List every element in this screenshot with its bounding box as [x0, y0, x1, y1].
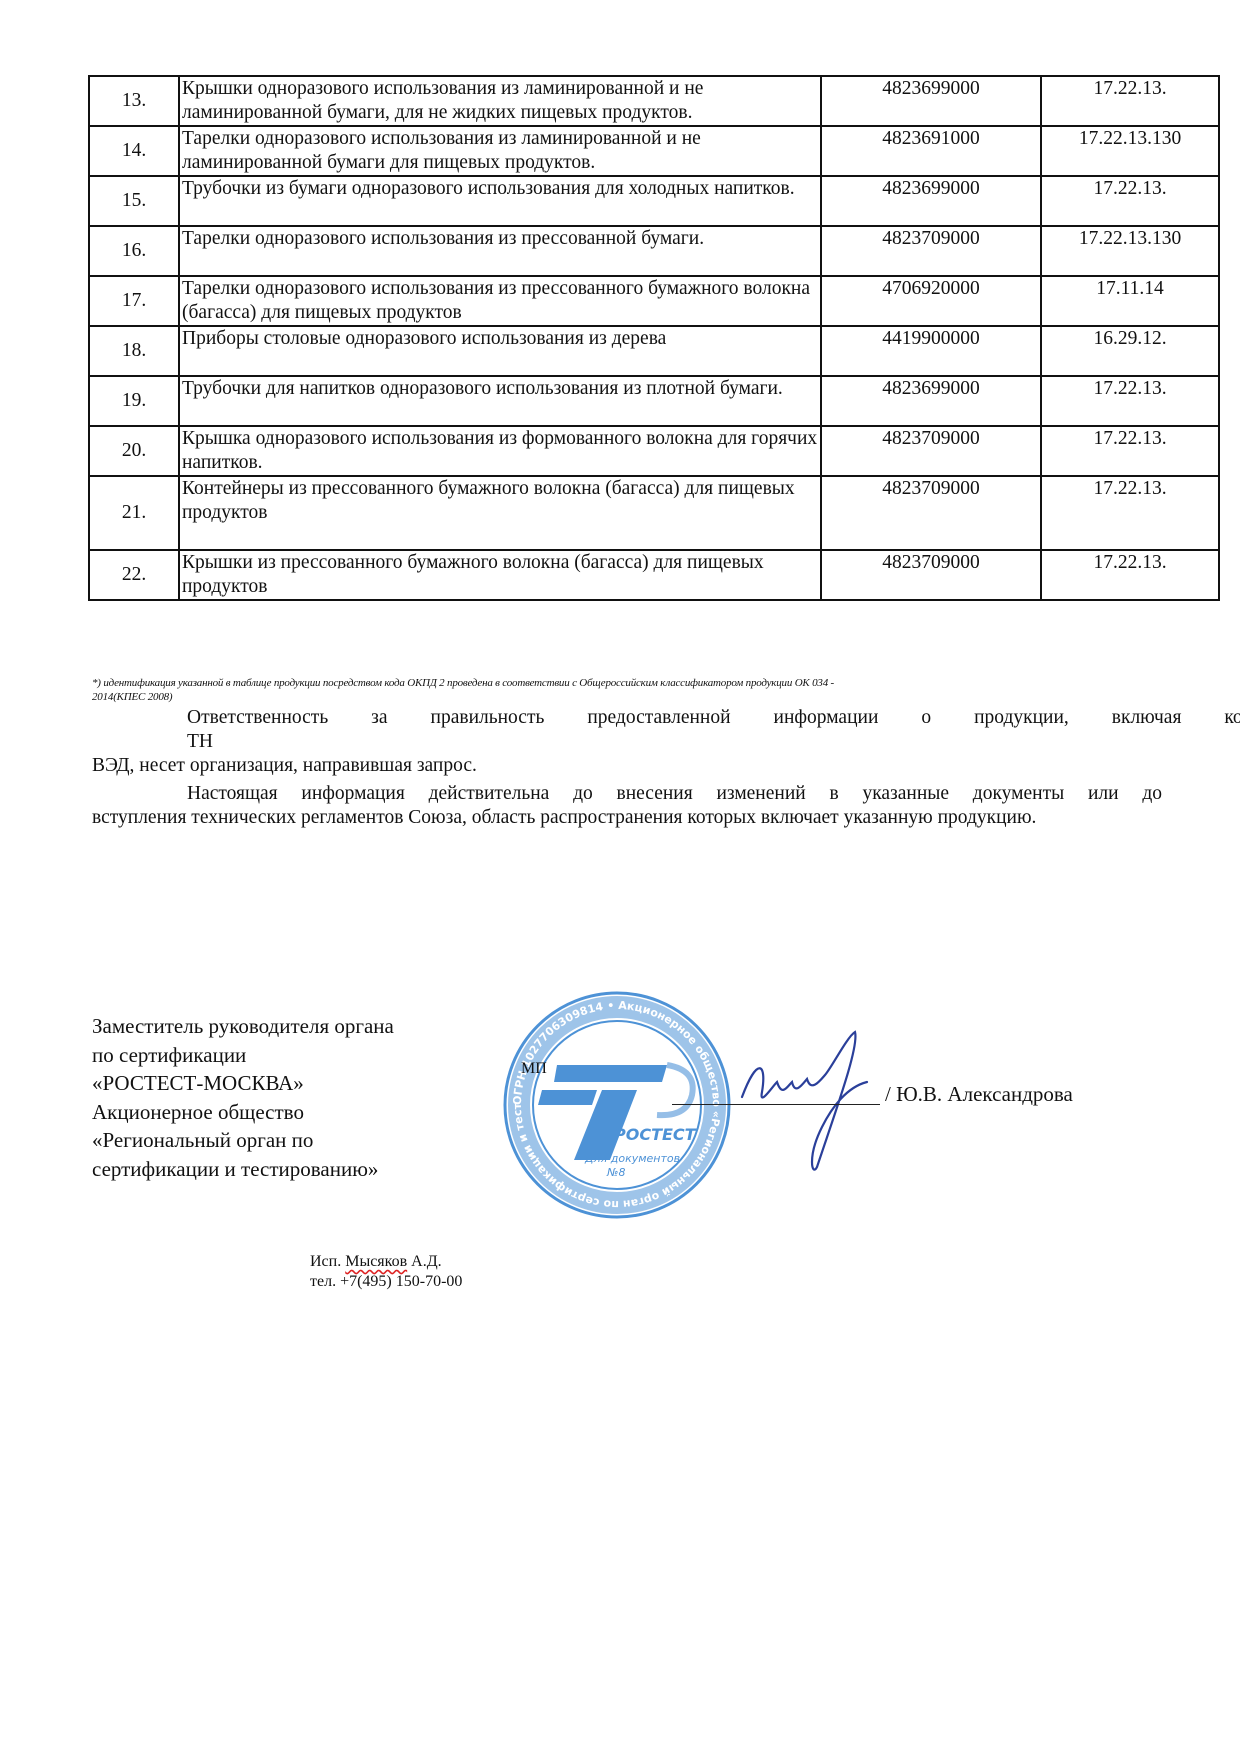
executor-surname: Мысяков [345, 1253, 407, 1270]
handwritten-signature-icon [737, 1027, 877, 1177]
row-number: 22. [89, 550, 179, 600]
signature-line [672, 1104, 880, 1105]
p1-line-2: ТН [92, 730, 1162, 754]
executor-prefix: Исп. [310, 1253, 341, 1270]
row-number: 21. [89, 476, 179, 550]
table-row: 20.Крышка одноразового использования из … [89, 426, 1219, 476]
tn-ved-code: 4823709000 [821, 476, 1041, 550]
tn-ved-code: 4419900000 [821, 326, 1041, 376]
product-name: Тарелки одноразового использования из пр… [179, 276, 821, 326]
signer-line: по сертификации [92, 1041, 394, 1070]
product-name: Тарелки одноразового использования из пр… [179, 226, 821, 276]
signer-line: Заместитель руководителя органа [92, 1012, 394, 1041]
table-row: 17.Тарелки одноразового использования из… [89, 276, 1219, 326]
executor-initials: А.Д. [411, 1253, 441, 1270]
table-row: 15.Трубочки из бумаги одноразового испол… [89, 176, 1219, 226]
executor-line: Исп. Мысяков А.Д. [310, 1252, 462, 1272]
okpd2-code: 17.22.13. [1041, 426, 1219, 476]
p1-line-1: Ответственность за правильность предоста… [92, 706, 1240, 730]
table-row: 18.Приборы столовые одноразового использ… [89, 326, 1219, 376]
row-number: 16. [89, 226, 179, 276]
signer-line: сертификации и тестированию» [92, 1155, 394, 1184]
tn-ved-code: 4823699000 [821, 376, 1041, 426]
signer-line: Акционерное общество [92, 1098, 394, 1127]
signer-block: Заместитель руководителя органа по серти… [92, 1012, 394, 1184]
footnote-line-2: 2014(КПЕС 2008) [92, 690, 1092, 704]
signer-name: / Ю.В. Александрова [885, 1082, 1073, 1107]
table-row: 21.Контейнеры из прессованного бумажного… [89, 476, 1219, 550]
tn-ved-code: 4823709000 [821, 426, 1041, 476]
row-number: 19. [89, 376, 179, 426]
okpd2-code: 16.29.12. [1041, 326, 1219, 376]
okpd2-code: 17.22.13.130 [1041, 226, 1219, 276]
table-row: 22.Крышки из прессованного бумажного вол… [89, 550, 1219, 600]
product-name: Приборы столовые одноразового использова… [179, 326, 821, 376]
rostest-stamp-icon: ОГРН 1027706309814 • Акционерное обществ… [502, 990, 732, 1220]
stamp-place-label: МП [521, 1060, 547, 1078]
row-number: 20. [89, 426, 179, 476]
product-name: Крышка одноразового использования из фор… [179, 426, 821, 476]
tn-ved-code: 4823699000 [821, 76, 1041, 126]
footnote: *) идентификация указанной в таблице про… [92, 676, 1092, 704]
row-number: 14. [89, 126, 179, 176]
row-number: 18. [89, 326, 179, 376]
product-name: Контейнеры из прессованного бумажного во… [179, 476, 821, 550]
okpd2-code: 17.22.13.130 [1041, 126, 1219, 176]
product-name: Тарелки одноразового использования из ла… [179, 126, 821, 176]
tn-ved-code: 4706920000 [821, 276, 1041, 326]
validity-paragraph: Настоящая информация действительна до вн… [92, 782, 1162, 830]
product-name: Трубочки из бумаги одноразового использо… [179, 176, 821, 226]
tn-ved-code: 4823709000 [821, 226, 1041, 276]
footnote-line-1: *) идентификация указанной в таблице про… [92, 676, 1092, 690]
product-name: Крышки одноразового использования из лам… [179, 76, 821, 126]
tn-ved-code: 4823709000 [821, 550, 1041, 600]
executor-block: Исп. Мысяков А.Д. тел. +7(495) 150-70-00 [310, 1252, 462, 1292]
row-number: 13. [89, 76, 179, 126]
row-number: 17. [89, 276, 179, 326]
table-row: 16.Тарелки одноразового использования из… [89, 226, 1219, 276]
p1-line-3: ВЭД, несет организация, направившая запр… [92, 755, 477, 776]
table-row: 13.Крышки одноразового использования из … [89, 76, 1219, 126]
table-row: 14.Тарелки одноразового использования из… [89, 126, 1219, 176]
row-number: 15. [89, 176, 179, 226]
signer-line: «Региональный орган по [92, 1126, 394, 1155]
tn-ved-code: 4823699000 [821, 176, 1041, 226]
okpd2-code: 17.22.13. [1041, 376, 1219, 426]
product-name: Крышки из прессованного бумажного волокн… [179, 550, 821, 600]
okpd2-code: 17.22.13. [1041, 550, 1219, 600]
p2-line-1: Настоящая информация действительна до вн… [92, 782, 1162, 806]
table-row: 19.Трубочки для напитков одноразового ис… [89, 376, 1219, 426]
responsibility-paragraph: Ответственность за правильность предоста… [92, 706, 1162, 778]
p2-rest: вступления технических регламентов Союза… [92, 807, 1036, 828]
products-table: 13.Крышки одноразового использования из … [88, 75, 1220, 601]
okpd2-code: 17.22.13. [1041, 176, 1219, 226]
signer-line: «РОСТЕСТ-МОСКВА» [92, 1069, 394, 1098]
okpd2-code: 17.11.14 [1041, 276, 1219, 326]
tn-ved-code: 4823691000 [821, 126, 1041, 176]
okpd2-code: 17.22.13. [1041, 476, 1219, 550]
svg-text:№8: №8 [606, 1166, 625, 1179]
okpd2-code: 17.22.13. [1041, 76, 1219, 126]
executor-phone: тел. +7(495) 150-70-00 [310, 1272, 462, 1292]
svg-text:Для документов: Для документов [584, 1152, 680, 1165]
svg-text:РОСТЕСТ: РОСТЕСТ [614, 1125, 697, 1144]
product-name: Трубочки для напитков одноразового испол… [179, 376, 821, 426]
